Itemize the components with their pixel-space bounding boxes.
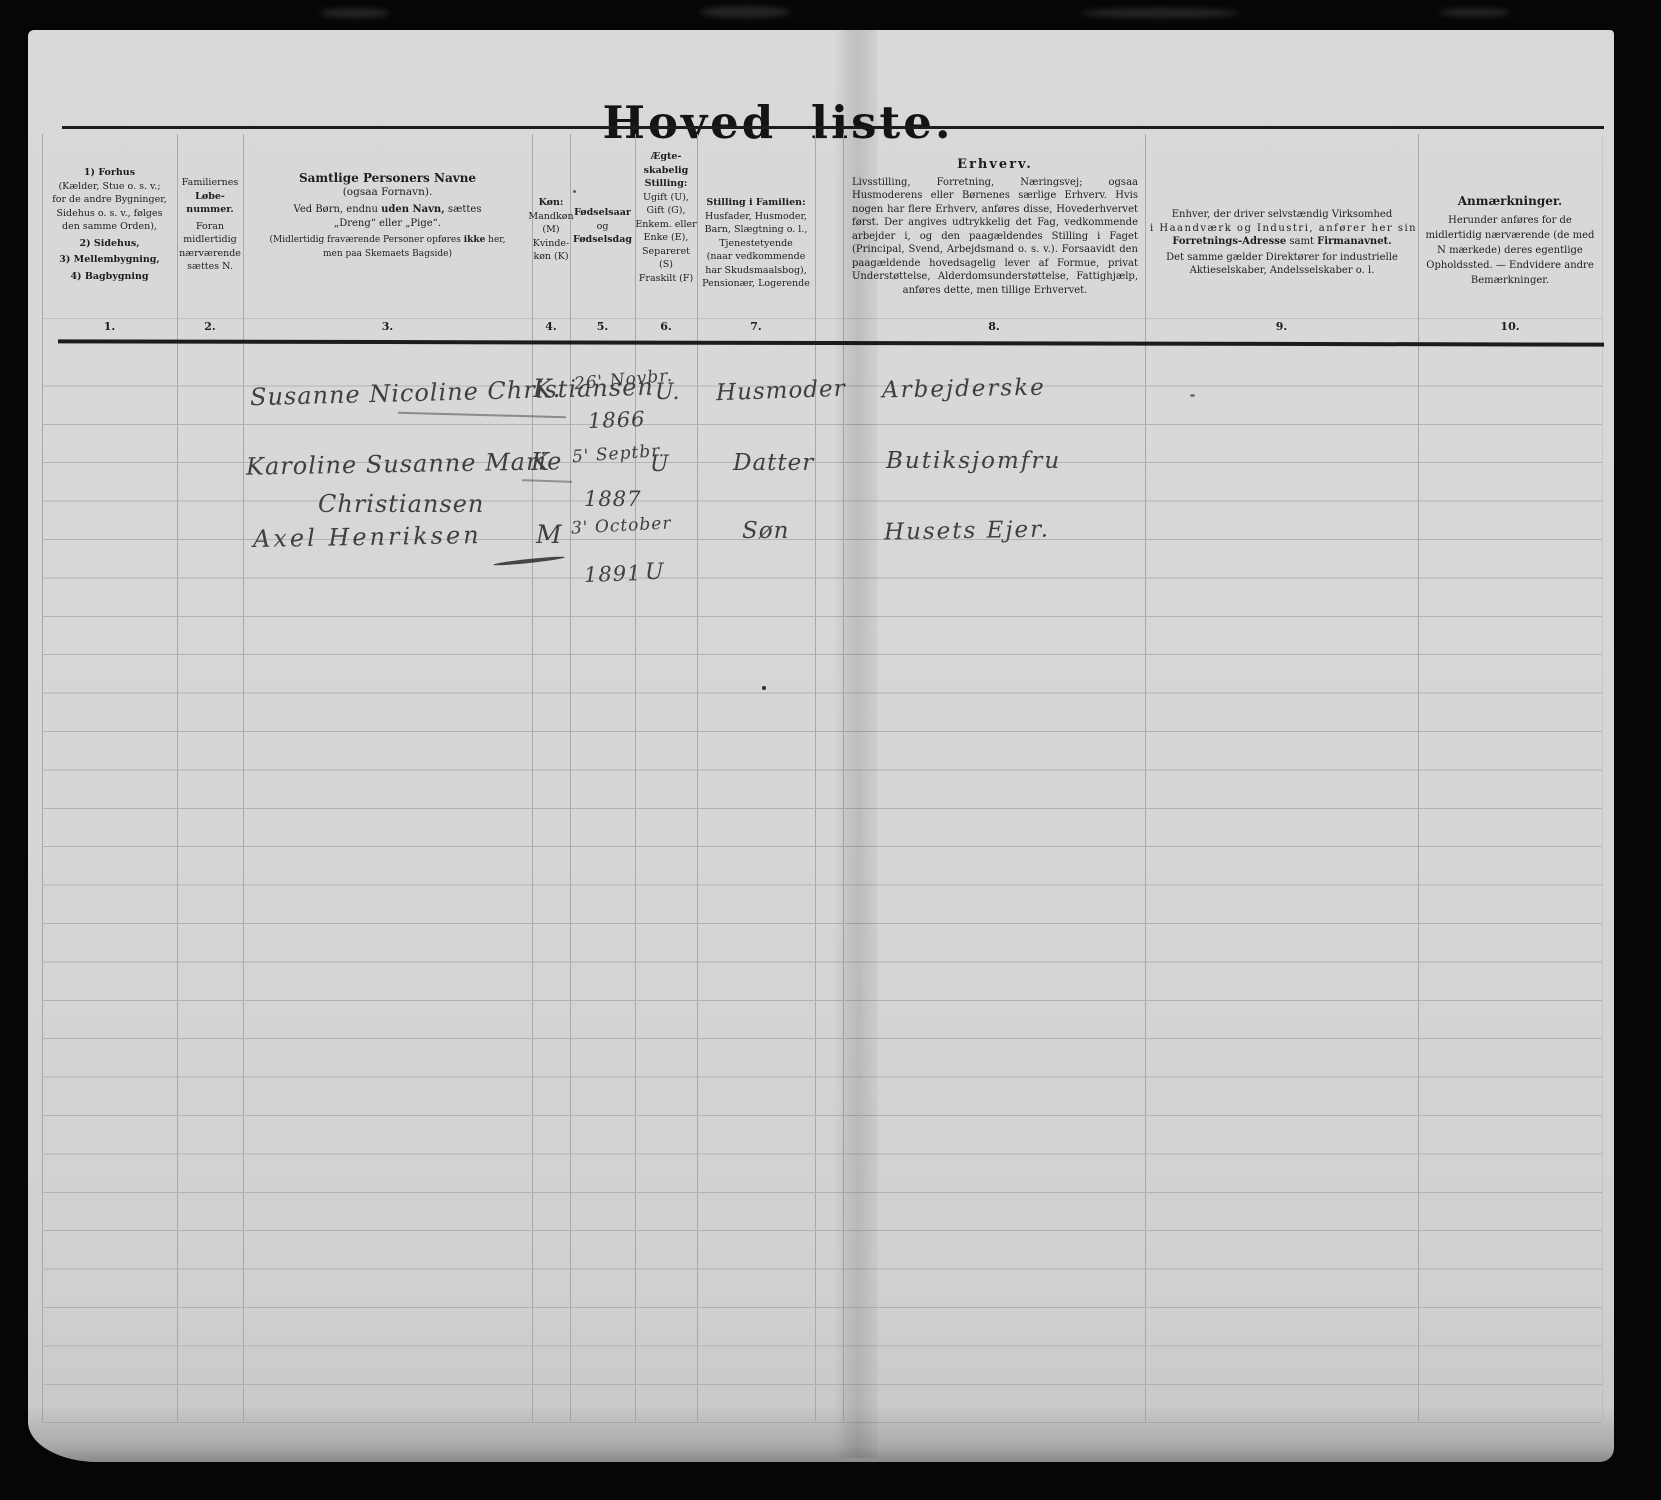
ink-speck [762, 686, 766, 690]
header-col-7: Stilling i Familien: Husfader, Husmoder,… [697, 196, 815, 291]
header-col-2: Familiernes Løbe- nummer. Foran midlerti… [177, 176, 243, 274]
document-page: Hoved liste. 1) Forhus (Kælder, Stue o. … [28, 30, 1614, 1462]
header-bottom-line [42, 318, 1602, 319]
ink-speck [573, 190, 576, 193]
column-number-9: 9. [1145, 320, 1418, 333]
scan-smudge [700, 6, 790, 18]
entry-name: Axel Henriksen [253, 521, 482, 553]
entry-family-position: Husmoder [716, 376, 847, 407]
title-rule [62, 126, 1604, 129]
column-number-8: 8. [843, 320, 1145, 333]
scanned-census-page: Hoved liste. 1) Forhus (Kælder, Stue o. … [0, 0, 1661, 1500]
table-row-lines [42, 348, 1602, 1426]
entry-occupation: Husets Ejer. [884, 517, 1050, 546]
column-number-1: 1. [42, 320, 177, 333]
header-rule [58, 339, 1604, 346]
column-number-5: 5. [570, 320, 635, 333]
entry-birth-year: 1891 [584, 561, 642, 587]
column-number-2: 2. [177, 320, 243, 333]
entry-sex: K. [533, 374, 562, 403]
entry-birth-year: 1887 [584, 487, 641, 511]
page-fold [834, 30, 878, 1458]
header-col-1: 1) Forhus (Kælder, Stue o. s. v.; for de… [42, 166, 177, 283]
column-number-4: 4. [532, 320, 570, 333]
entry-birth-year: 1866 [588, 407, 646, 433]
scan-smudge [1440, 8, 1510, 17]
scan-smudge [320, 8, 390, 18]
page-bottom-shadow [28, 1406, 1614, 1462]
column-number-3: 3. [243, 320, 532, 333]
entry-sex: K [531, 448, 550, 476]
header-col-3: Samtlige Personers Navne (ogsaa Fornavn)… [243, 172, 532, 261]
entry-family-position: Datter [733, 450, 814, 476]
header-col-5: Fødselsaar og Fødselsdag [570, 206, 635, 247]
entry-family-position: Søn [742, 518, 789, 544]
entry-name-line2: Christiansen [318, 490, 484, 518]
entry-marital-status: U. [655, 380, 681, 405]
header-col-6: Ægte- skabelig Stilling: Ugift (U), Gift… [635, 150, 697, 285]
entry-marital-status: U [645, 560, 665, 585]
page-title: Hoved liste. [588, 96, 968, 149]
column-number-10: 10. [1418, 320, 1602, 333]
header-col-8: Erhverv. Livsstilling, Forretning, Nærin… [852, 158, 1138, 297]
entry-name: Karoline Susanne Marie [246, 447, 563, 481]
column-number-7: 7. [697, 320, 815, 333]
ink-speck [1190, 394, 1195, 397]
entry-occupation: Butiksjomfru [886, 448, 1061, 474]
header-col-9: Enhver, der driver selvstændig Virksomhe… [1150, 208, 1414, 278]
header-col-10: Anmærkninger. Herunder anføres for de mi… [1418, 194, 1602, 288]
entry-occupation: Arbejderske [882, 375, 1046, 404]
entry-marital-status: U [650, 452, 670, 477]
entry-sex: M [536, 520, 563, 549]
column-number-6: 6. [635, 320, 697, 333]
scan-smudge [1080, 8, 1240, 18]
column-divider [1602, 134, 1603, 1421]
